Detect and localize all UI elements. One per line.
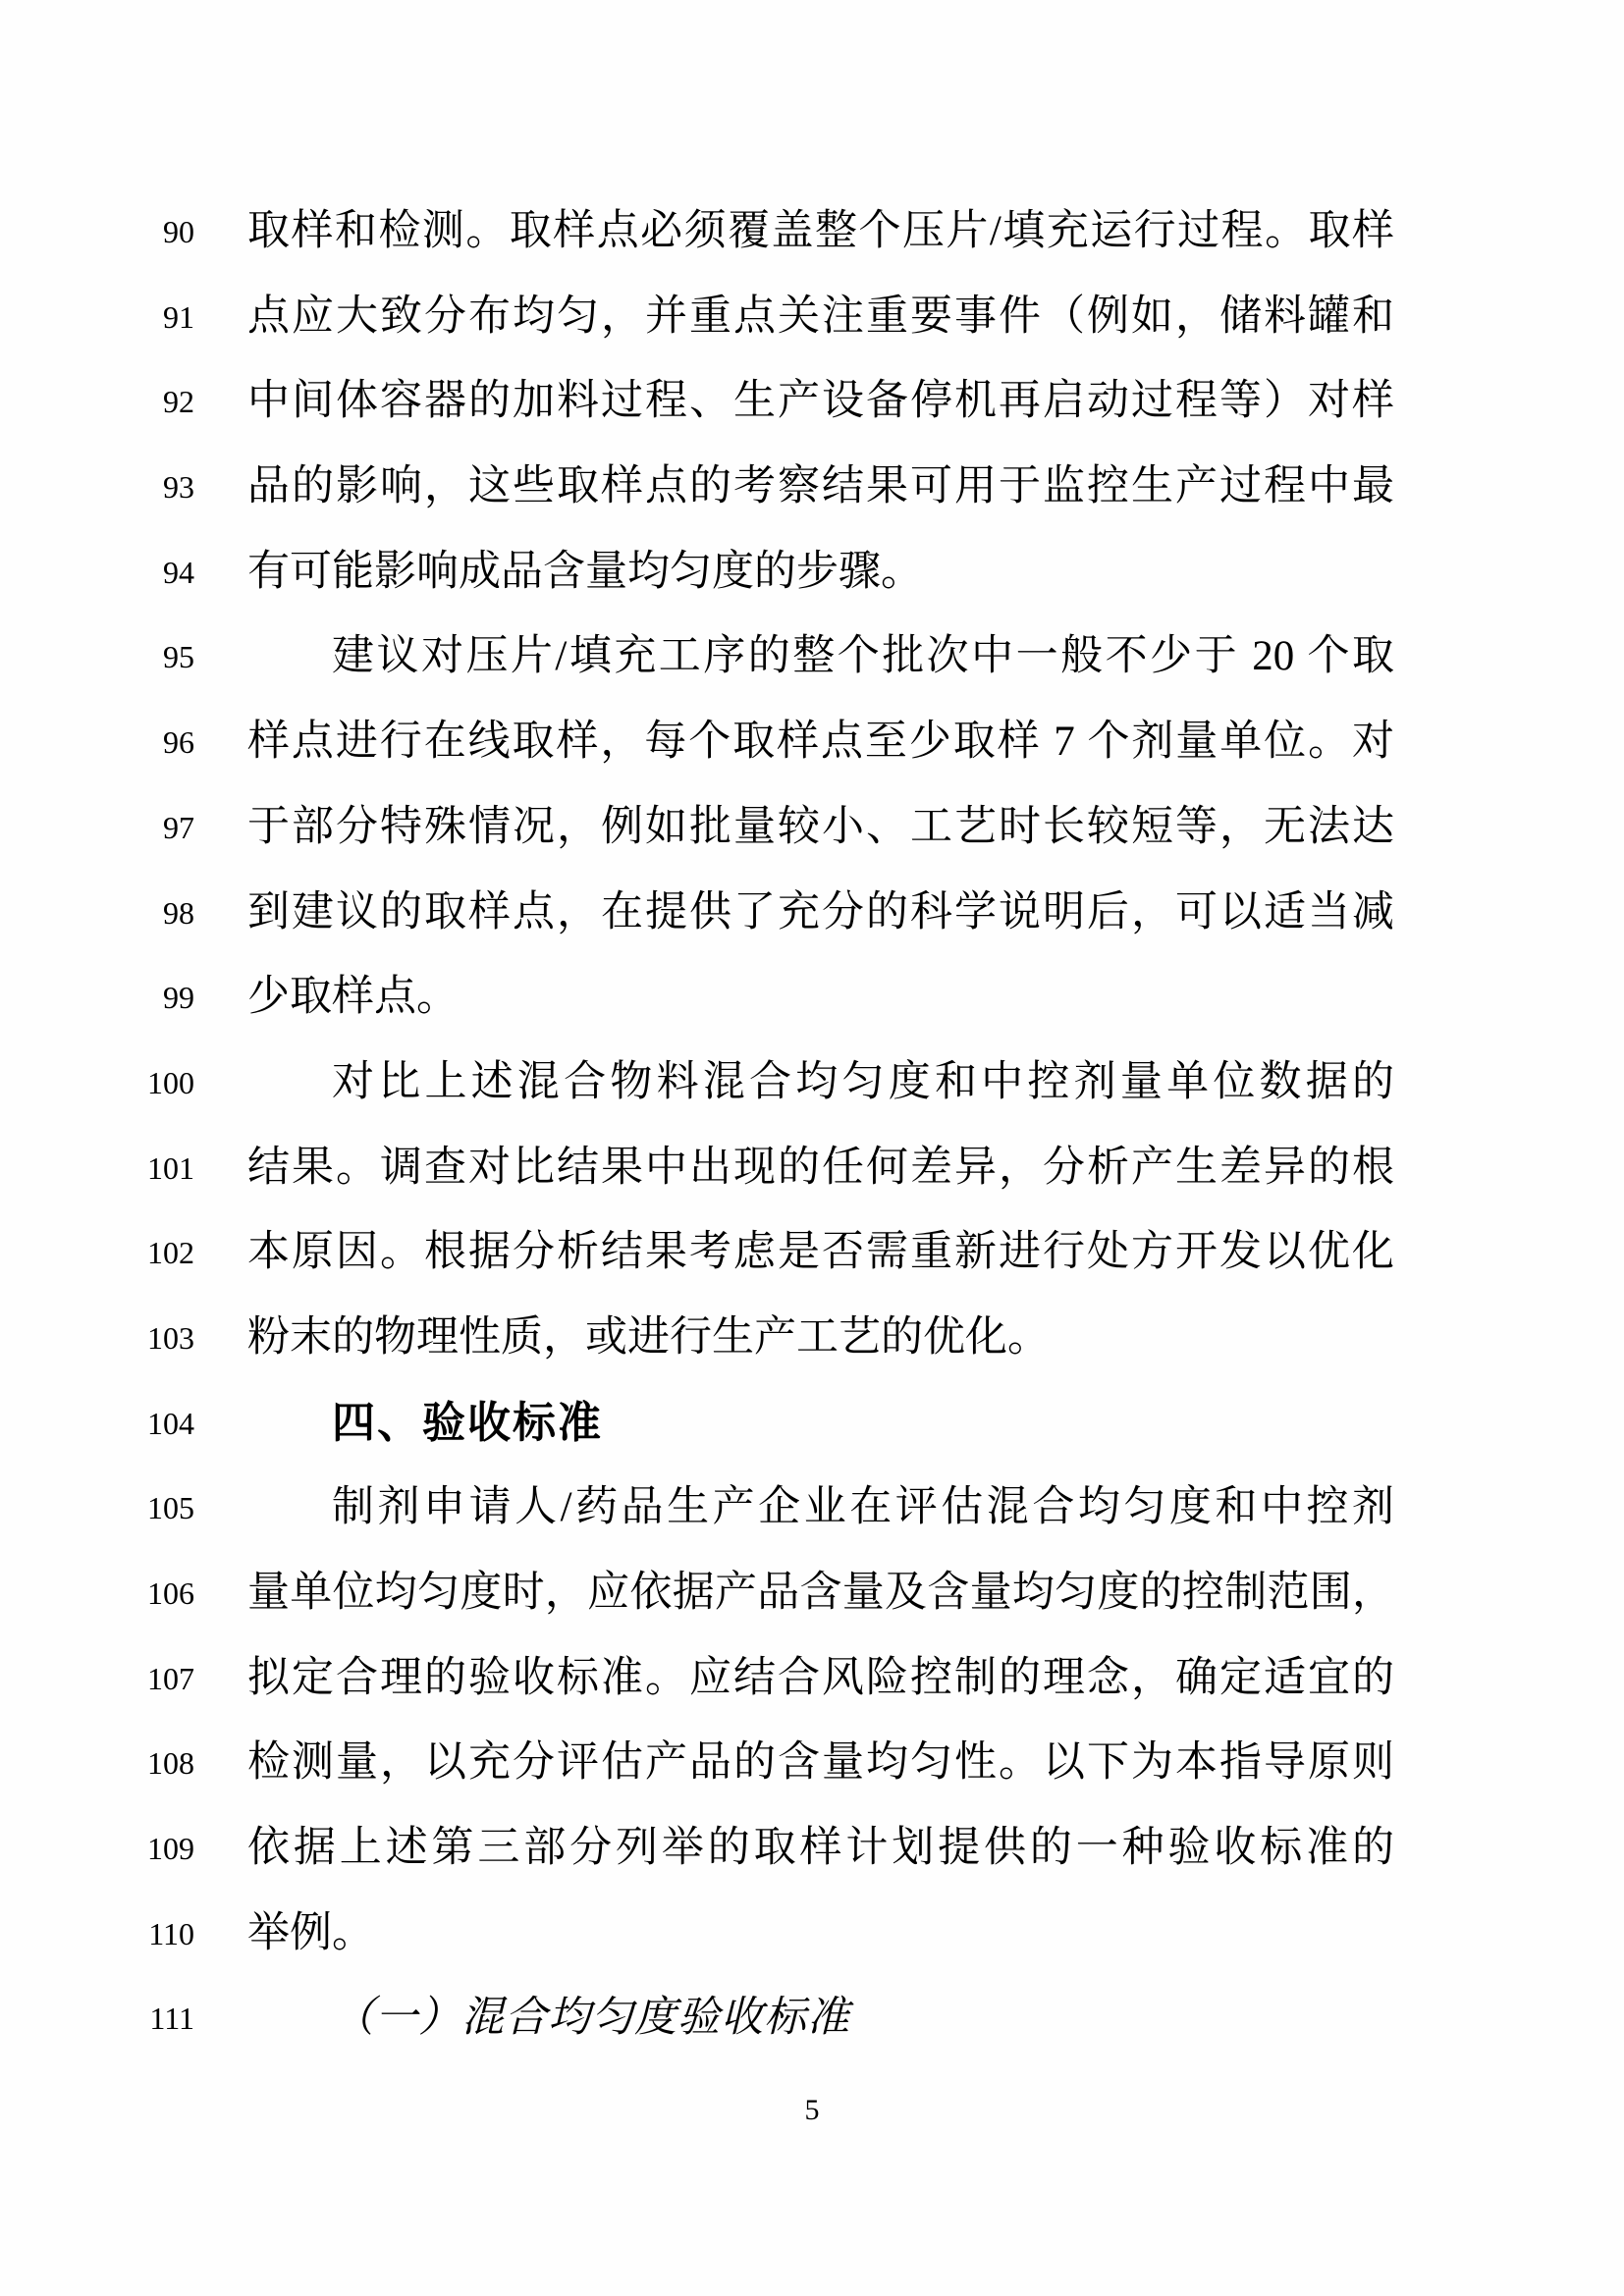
line-number: 101 — [0, 1126, 194, 1211]
line-row: 95 建议对压片/填充工序的整个批次中一般不少于 20 个取 — [0, 614, 1624, 700]
line-text: 少取样点。 — [247, 955, 1394, 1041]
line-row: 106 量单位均匀度时，应依据产品含量及含量均匀度的控制范围， — [0, 1551, 1624, 1636]
line-row: 108 检测量，以充分评估产品的含量均匀性。以下为本指导原则 — [0, 1721, 1624, 1806]
line-row: 96 样点进行在线取样，每个取样点至少取样 7 个剂量单位。对 — [0, 700, 1624, 785]
line-row: 110 举例。 — [0, 1892, 1624, 1977]
line-number: 104 — [0, 1381, 194, 1467]
line-row: 109 依据上述第三部分列举的取样计划提供的一种验收标准的 — [0, 1806, 1624, 1892]
line-text: 中间体容器的加料过程、生产设备停机再启动过程等）对样 — [247, 359, 1394, 445]
line-text: 制剂申请人/药品生产企业在评估混合均匀度和中控剂 — [332, 1466, 1394, 1551]
line-number: 108 — [0, 1721, 194, 1806]
line-text: 品的影响，这些取样点的考察结果可用于监控生产过程中最 — [247, 445, 1394, 530]
document-page: 90 取样和检测。取样点必须覆盖整个压片/填充运行过程。取样 91 点应大致分布… — [0, 0, 1624, 2296]
line-number: 92 — [0, 359, 194, 445]
line-row: 103 粉末的物理性质，或进行生产工艺的优化。 — [0, 1296, 1624, 1381]
line-number: 109 — [0, 1806, 194, 1892]
line-row: 105 制剂申请人/药品生产企业在评估混合均匀度和中控剂 — [0, 1466, 1624, 1551]
line-number: 105 — [0, 1466, 194, 1551]
line-number: 102 — [0, 1210, 194, 1296]
document-body: 90 取样和检测。取样点必须覆盖整个压片/填充运行过程。取样 91 点应大致分布… — [0, 189, 1624, 2061]
line-text: 样点进行在线取样，每个取样点至少取样 7 个剂量单位。对 — [247, 700, 1394, 785]
line-text: 对比上述混合物料混合均匀度和中控剂量单位数据的 — [332, 1041, 1394, 1126]
line-number: 110 — [0, 1892, 194, 1977]
line-number: 94 — [0, 530, 194, 615]
line-text: 到建议的取样点，在提供了充分的科学说明后，可以适当减 — [247, 871, 1394, 956]
line-text: 举例。 — [247, 1892, 1394, 1977]
line-row: 93 品的影响，这些取样点的考察结果可用于监控生产过程中最 — [0, 445, 1624, 530]
line-row: 111 （一）混合均匀度验收标准 — [0, 1976, 1624, 2061]
line-text: 于部分特殊情况，例如批量较小、工艺时长较短等，无法达 — [247, 785, 1394, 871]
line-row: 101 结果。调查对比结果中出现的任何差异，分析产生差异的根 — [0, 1126, 1624, 1211]
line-row: 90 取样和检测。取样点必须覆盖整个压片/填充运行过程。取样 — [0, 189, 1624, 275]
page-number: 5 — [0, 2087, 1624, 2134]
line-text: （一）混合均匀度验收标准 — [332, 1976, 1394, 2061]
line-number: 97 — [0, 785, 194, 871]
line-number: 91 — [0, 275, 194, 360]
line-row: 92 中间体容器的加料过程、生产设备停机再启动过程等）对样 — [0, 359, 1624, 445]
line-number: 103 — [0, 1296, 194, 1381]
line-text: 依据上述第三部分列举的取样计划提供的一种验收标准的 — [247, 1806, 1394, 1892]
line-text: 有可能影响成品含量均匀度的步骤。 — [247, 530, 1394, 615]
line-row: 104 四、验收标准 — [0, 1381, 1624, 1467]
line-text: 拟定合理的验收标准。应结合风险控制的理念，确定适宜的 — [247, 1636, 1394, 1722]
line-row: 107 拟定合理的验收标准。应结合风险控制的理念，确定适宜的 — [0, 1636, 1624, 1722]
line-text: 粉末的物理性质，或进行生产工艺的优化。 — [247, 1296, 1394, 1381]
line-number: 106 — [0, 1551, 194, 1636]
line-row: 91 点应大致分布均匀，并重点关注重要事件（例如，储料罐和 — [0, 275, 1624, 360]
line-number: 99 — [0, 955, 194, 1041]
line-number: 90 — [0, 189, 194, 275]
line-number: 96 — [0, 700, 194, 785]
line-text: 取样和检测。取样点必须覆盖整个压片/填充运行过程。取样 — [247, 189, 1394, 275]
line-number: 107 — [0, 1636, 194, 1722]
line-text: 结果。调查对比结果中出现的任何差异，分析产生差异的根 — [247, 1126, 1394, 1211]
line-text: 本原因。根据分析结果考虑是否需重新进行处方开发以优化 — [247, 1210, 1394, 1296]
line-row: 98 到建议的取样点，在提供了充分的科学说明后，可以适当减 — [0, 871, 1624, 956]
line-number: 98 — [0, 871, 194, 956]
line-row: 94 有可能影响成品含量均匀度的步骤。 — [0, 530, 1624, 615]
line-text: 点应大致分布均匀，并重点关注重要事件（例如，储料罐和 — [247, 275, 1394, 360]
line-text: 建议对压片/填充工序的整个批次中一般不少于 20 个取 — [332, 614, 1394, 700]
line-row: 99 少取样点。 — [0, 955, 1624, 1041]
line-text: 量单位均匀度时，应依据产品含量及含量均匀度的控制范围， — [247, 1551, 1394, 1636]
line-row: 102 本原因。根据分析结果考虑是否需重新进行处方开发以优化 — [0, 1210, 1624, 1296]
line-row: 100 对比上述混合物料混合均匀度和中控剂量单位数据的 — [0, 1041, 1624, 1126]
line-number: 111 — [0, 1976, 194, 2061]
line-text: 四、验收标准 — [332, 1381, 1394, 1467]
line-number: 93 — [0, 445, 194, 530]
line-row: 97 于部分特殊情况，例如批量较小、工艺时长较短等，无法达 — [0, 785, 1624, 871]
line-number: 95 — [0, 614, 194, 700]
line-number: 100 — [0, 1041, 194, 1126]
line-text: 检测量，以充分评估产品的含量均匀性。以下为本指导原则 — [247, 1721, 1394, 1806]
